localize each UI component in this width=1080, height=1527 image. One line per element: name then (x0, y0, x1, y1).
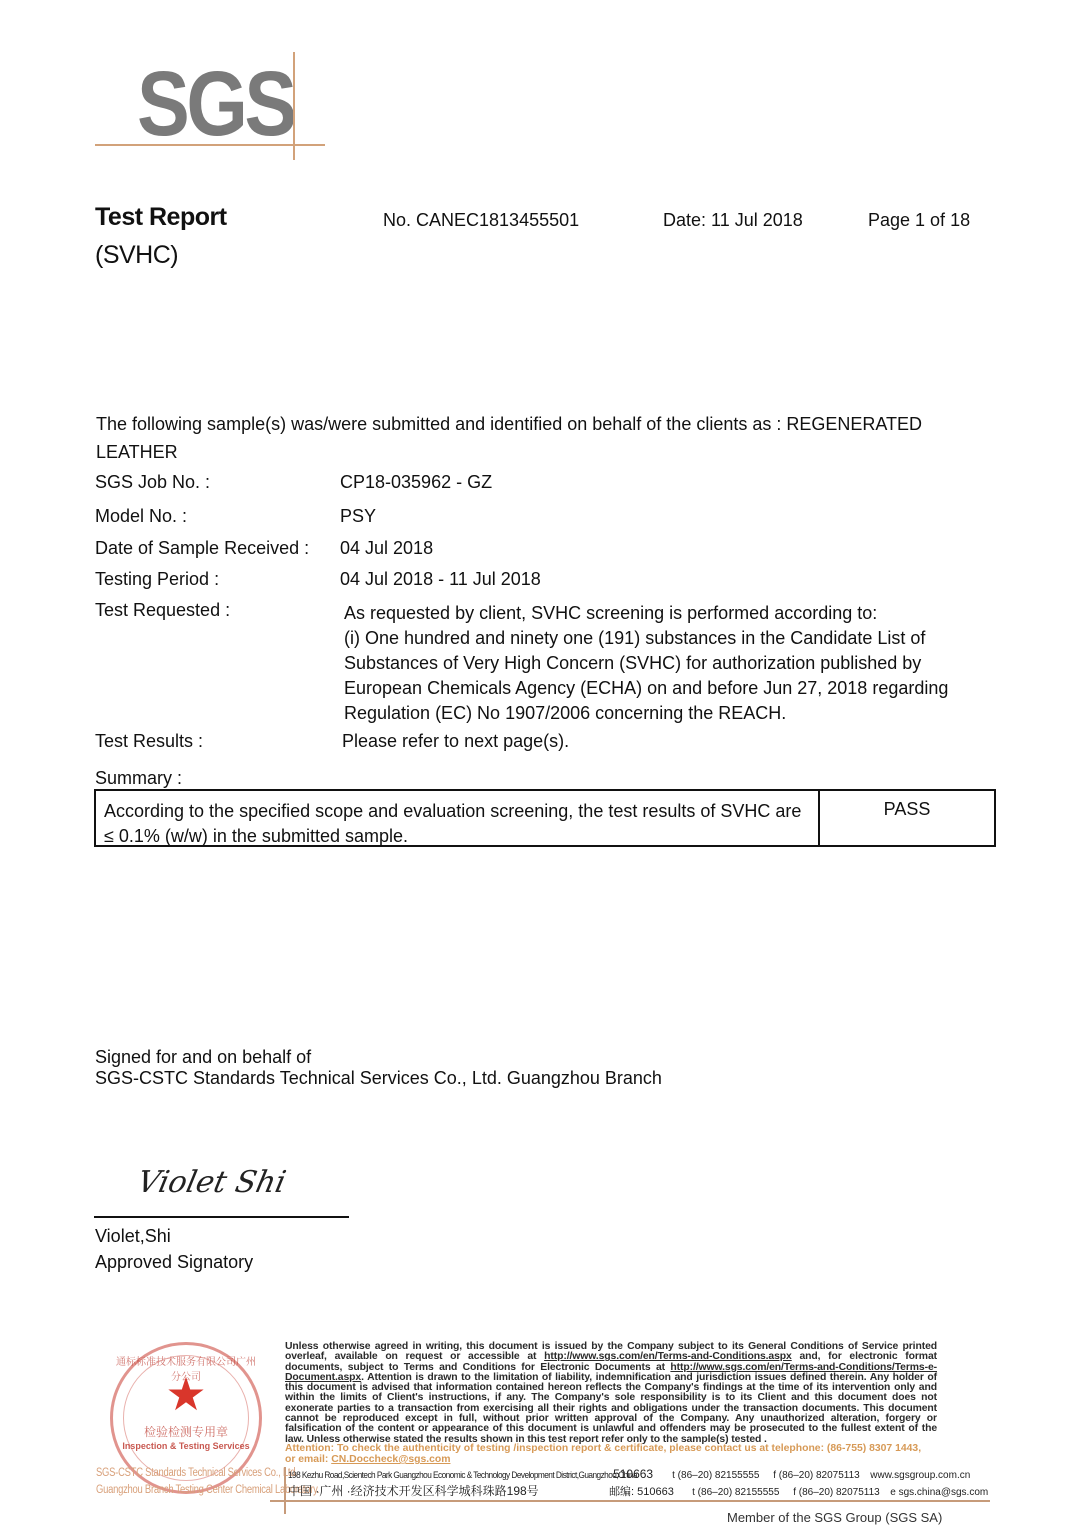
signatory-role: Approved Signatory (95, 1250, 253, 1275)
summary-result: PASS (820, 791, 994, 845)
report-number: No. CANEC1813455501 (383, 210, 579, 231)
test-requested-line: Substances of Very High Concern (SVHC) f… (344, 651, 984, 676)
email-link[interactable]: e sgs.china@sgs.com (890, 1487, 988, 1498)
test-requested-line: (i) One hundred and ninety one (191) sub… (344, 626, 984, 651)
logo-rule-vertical (293, 52, 295, 160)
telephone-cn: t (86–20) 82155555 (692, 1487, 790, 1498)
test-requested-line: European Chemicals Agency (ECHA) on and … (344, 676, 984, 701)
report-date: Date: 11 Jul 2018 (663, 210, 803, 231)
sgs-logo: SGS (95, 52, 327, 160)
logo-text: SGS (137, 56, 294, 152)
authenticity-notice: Attention: To check the authenticity of … (285, 1443, 945, 1465)
handwritten-signature: Violet Shi (134, 1165, 289, 1200)
footer-rule (270, 1500, 990, 1502)
intro-text: The following sample(s) was/were submitt… (96, 412, 922, 465)
test-results-value: Please refer to next page(s). (342, 731, 569, 752)
member-of-group: Member of the SGS Group (SGS SA) (727, 1510, 942, 1525)
fax-cn: f (86–20) 82075113 (793, 1487, 887, 1498)
summary-line-2: ≤ 0.1% (w/w) in the submitted sample. (104, 824, 810, 849)
test-requested-line: Regulation (EC) No 1907/2006 concerning … (344, 701, 984, 726)
signatory-name: Violet,Shi (95, 1224, 171, 1249)
model-no-value: PSY (340, 506, 376, 527)
fax: f (86–20) 82075113 (773, 1470, 867, 1481)
website-link[interactable]: www.sgsgroup.com.cn (870, 1470, 970, 1481)
attention-text: Attention: To check the authenticity of … (285, 1443, 945, 1454)
report-title: Test Report (95, 203, 227, 232)
page-indicator: Page 1 of 18 (868, 210, 970, 231)
signed-line-1: Signed for and on behalf of (95, 1047, 662, 1068)
summary-label: Summary : (95, 768, 182, 789)
address-row-cn: 中国 ·广州 ·经济技术开发区科学城科珠路198号 邮编: 510663 t (… (288, 1482, 988, 1499)
stamp-english-text: Inspection & Testing Services (113, 1441, 259, 1451)
intro-line-1: The following sample(s) was/were submitt… (96, 412, 922, 437)
logo-rule-horizontal (95, 144, 325, 146)
summary-table: According to the specified scope and eva… (94, 789, 996, 847)
terms-text: . Attention is drawn to the limitation o… (285, 1372, 937, 1445)
telephone: t (86–20) 82155555 (672, 1470, 770, 1481)
testing-period-value: 04 Jul 2018 - 11 Jul 2018 (340, 569, 541, 590)
postcode-cn: 邮编: 510663 (609, 1483, 689, 1499)
lab-name-line-1: SGS-CSTC Standards Technical Services Co… (96, 1467, 298, 1479)
attention-email-prefix: or email: (285, 1454, 331, 1465)
stamp-chinese-text: 检验检测专用章 (113, 1423, 259, 1440)
test-results-label: Test Results : (95, 731, 203, 752)
address-en: 198 Kezhu Road,Scientech Park Guangzhou … (288, 1470, 584, 1480)
model-no-label: Model No. : (95, 506, 187, 527)
signed-on-behalf: Signed for and on behalf of SGS-CSTC Sta… (95, 1047, 662, 1089)
date-received-value: 04 Jul 2018 (340, 538, 433, 559)
signature-line (94, 1216, 349, 1218)
intro-line-2: LEATHER (96, 440, 922, 465)
summary-line-1: According to the specified scope and eva… (104, 799, 810, 824)
job-no-value: CP18-035962 - GZ (340, 472, 492, 493)
signed-line-2: SGS-CSTC Standards Technical Services Co… (95, 1068, 662, 1089)
footer-rule-tick (284, 1494, 286, 1514)
testing-period-label: Testing Period : (95, 569, 219, 590)
doccheck-email-link[interactable]: CN.Doccheck@sgs.com (331, 1454, 450, 1465)
terms-and-conditions: Unless otherwise agreed in writing, this… (285, 1342, 937, 1445)
star-icon: ★ (113, 1371, 259, 1417)
test-requested-label: Test Requested : (95, 600, 230, 621)
address-row-en: 198 Kezhu Road,Scientech Park Guangzhou … (288, 1467, 970, 1481)
date-received-label: Date of Sample Received : (95, 538, 309, 559)
report-subtitle: (SVHC) (95, 241, 178, 270)
test-requested-line: As requested by client, SVHC screening i… (344, 601, 984, 626)
job-no-label: SGS Job No. : (95, 472, 210, 493)
address-cn: 中国 ·广州 ·经济技术开发区科学城科珠路198号 (288, 1482, 606, 1499)
summary-description: According to the specified scope and eva… (96, 791, 820, 845)
test-requested-text: As requested by client, SVHC screening i… (344, 601, 984, 726)
